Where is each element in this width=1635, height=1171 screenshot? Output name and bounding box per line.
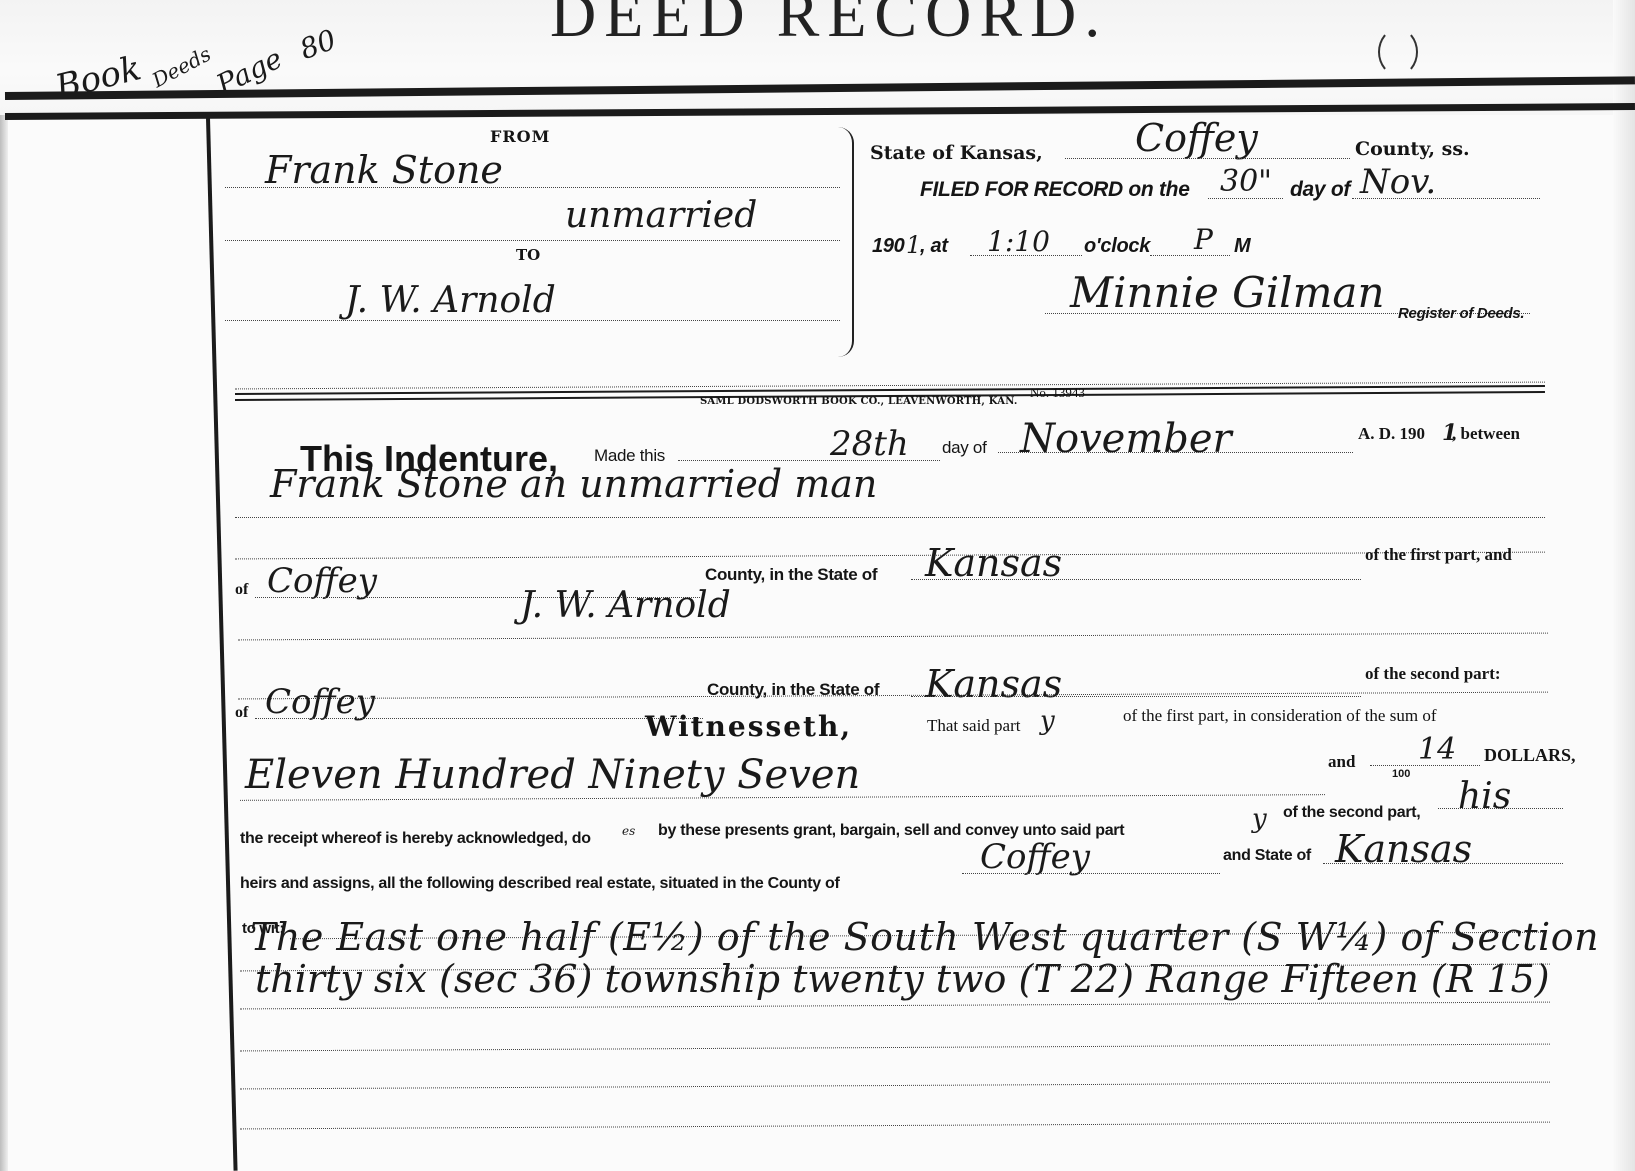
of-label-2: of [235, 704, 248, 722]
indenture-month: November [1020, 416, 1232, 462]
pronoun-value: his [1458, 776, 1511, 817]
legal-line-5 [240, 1122, 1550, 1130]
meridiem-line [1150, 255, 1230, 256]
second-part-text: of the second part, [1283, 804, 1420, 822]
scan-right-edge [1613, 0, 1635, 1171]
of-label-1: of [235, 581, 248, 599]
party-one-name: Frank Stone an unmarried man [270, 462, 877, 506]
county-state-label-1: County, in the State of [705, 565, 877, 585]
party-suffix-2: y [1252, 804, 1267, 834]
witnesseth-heading: Witnesseth, [645, 710, 852, 743]
to-label: TO [516, 246, 540, 264]
state-label: State of Kansas, [870, 142, 1043, 164]
scan-left-edge [0, 115, 8, 1171]
ad-label: A. D. 190 [1358, 424, 1425, 444]
oclock-label: o'clock [1084, 235, 1150, 258]
filed-time: 1:10 [987, 225, 1050, 258]
property-state: Kansas [1335, 827, 1472, 871]
indenture-month-line [998, 452, 1353, 453]
binding-hole-icon [1378, 28, 1418, 76]
grantor-status: unmarried [565, 195, 757, 236]
ledger-column-line [206, 118, 238, 1171]
cents-value: 14 [1418, 732, 1456, 767]
between-label: , between [1452, 424, 1520, 444]
party-one-state-line [911, 579, 1361, 580]
filing-county-line [1065, 158, 1350, 159]
filed-month: Nov. [1360, 162, 1436, 202]
meridiem-suffix: M [1234, 235, 1250, 258]
property-county: Coffey [980, 837, 1090, 877]
first-part-label: of the first part, and [1365, 545, 1512, 565]
sum-and-label: and [1328, 752, 1355, 772]
dollars-label: DOLLARS, [1484, 745, 1576, 766]
grantee-name: J. W. Arnold [345, 280, 556, 321]
document-title: DEED RECORD. [550, 0, 1108, 52]
party-suffix-1: y [1040, 706, 1055, 736]
party-two-county: Coffey [265, 682, 375, 722]
grantee-line [225, 320, 840, 321]
at-label: , at [920, 235, 948, 258]
property-county-line [962, 873, 1220, 874]
heirs-text: heirs and assigns, all the following des… [240, 875, 840, 893]
party-two-line [238, 633, 1548, 641]
second-part-label: of the second part: [1365, 664, 1501, 684]
county-ss-label: County, ss. [1355, 138, 1470, 160]
day-of-label: day of [1290, 178, 1350, 202]
grantor-status-line [225, 240, 840, 241]
pronoun-line [1438, 808, 1563, 809]
register-label: Register of Deeds. [1398, 305, 1524, 322]
cents-line [1370, 765, 1480, 766]
party-one-line [235, 517, 1545, 518]
indenture-day: 28th [830, 424, 909, 464]
legal-line-4 [240, 1082, 1550, 1090]
county-state-label-2: County, in the State of [707, 680, 879, 700]
indenture-day-of-label: day of [942, 438, 987, 458]
filed-for-record-row: FILED FOR RECORD on the 30" day of Nov. [920, 172, 1540, 212]
witnesseth-text-a: That said part [927, 716, 1020, 736]
year-value: 1 [906, 231, 921, 259]
party-two-county-line [255, 718, 703, 719]
party-two-state-line [911, 696, 1361, 697]
legal-description-line-1: The East one half (E½) of the South West… [250, 915, 1599, 959]
legal-line-2 [240, 1002, 1550, 1010]
register-signature: Minnie Gilman [1070, 268, 1385, 317]
filed-day: 30" [1220, 164, 1272, 199]
property-state-line [1323, 863, 1563, 864]
meridiem-value: P [1194, 223, 1213, 256]
indenture-day-line [678, 460, 940, 461]
filed-time-row: 190 1 , at 1:10 o'clock P M [872, 225, 1292, 265]
year-prefix: 190 [872, 235, 904, 258]
from-label: FROM [490, 127, 550, 146]
legal-line-3 [240, 1044, 1550, 1052]
filed-label: FILED FOR RECORD on the [920, 178, 1190, 202]
witnesseth-text-b: of the first part, in consideration of t… [1123, 706, 1436, 726]
printer-imprint: SAML DODSWORTH BOOK CO., LEAVENWORTH, KA… [700, 396, 1018, 407]
filed-day-line [1208, 198, 1283, 199]
filing-county: Coffey [1135, 116, 1258, 160]
heirs-row: heirs and assigns, all the following des… [240, 835, 1570, 895]
grantor-name: Frank Stone [265, 148, 503, 192]
party-two-name: J. W. Arnold [520, 585, 731, 626]
party-one-residence-row: of Coffey County, in the State of Kansas… [235, 545, 1565, 605]
grantor-line [225, 187, 840, 188]
form-number: No. 13943 [1030, 385, 1085, 401]
and-state-label: and State of [1223, 847, 1311, 865]
filed-month-line [1352, 198, 1540, 199]
cents-denominator: 100 [1392, 768, 1410, 780]
filed-time-line [970, 255, 1082, 256]
legal-description-line-2: thirty six (sec 36) township twenty two … [255, 957, 1550, 1001]
party-one-county: Coffey [267, 561, 377, 601]
filing-brace-icon [838, 127, 854, 357]
